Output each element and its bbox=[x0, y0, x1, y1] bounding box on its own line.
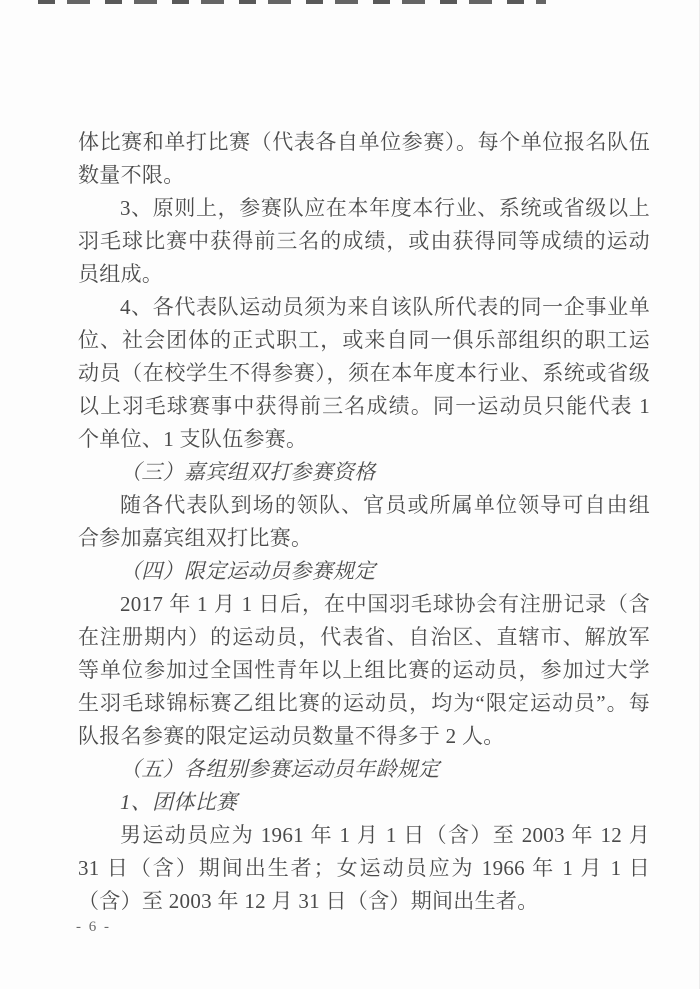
document-body: 体比赛和单打比赛（代表各自单位参赛）。每个单位报名队伍数量不限。 3、原则上，参… bbox=[78, 126, 650, 918]
paragraph-rule-4: 4、各代表队运动员须为来自该队所代表的同一企事业单位、社会团体的正式职工，或来自… bbox=[78, 291, 650, 456]
paragraph-restricted-players-rule: 2017 年 1 月 1 日后，在中国羽毛球协会有注册记录（含在注册期内）的运动… bbox=[78, 588, 650, 753]
heading-section-4-restricted-players: （四）限定运动员参赛规定 bbox=[78, 555, 650, 588]
paragraph-guest-doubles-rule: 随各代表队到场的领队、官员或所属单位领导可自由组合参加嘉宾组双打比赛。 bbox=[78, 489, 650, 555]
paragraph-rule-3: 3、原则上，参赛队应在本年度本行业、系统或省级以上羽毛球比赛中获得前三名的成绩，… bbox=[78, 192, 650, 291]
document-page: 体比赛和单打比赛（代表各自单位参赛）。每个单位报名队伍数量不限。 3、原则上，参… bbox=[0, 0, 700, 989]
page-number: - 6 - bbox=[76, 919, 111, 936]
paragraph-team-age-rule: 男运动员应为 1961 年 1 月 1 日（含）至 2003 年 12 月 31… bbox=[78, 819, 650, 918]
heading-team-competition: 1、团体比赛 bbox=[78, 786, 650, 819]
paragraph-unit-limit: 体比赛和单打比赛（代表各自单位参赛）。每个单位报名队伍数量不限。 bbox=[78, 126, 650, 192]
heading-section-5-age-rules: （五）各组别参赛运动员年龄规定 bbox=[78, 753, 650, 786]
scan-artifact-top bbox=[38, 0, 546, 4]
heading-section-3-guest-doubles: （三）嘉宾组双打参赛资格 bbox=[78, 456, 650, 489]
